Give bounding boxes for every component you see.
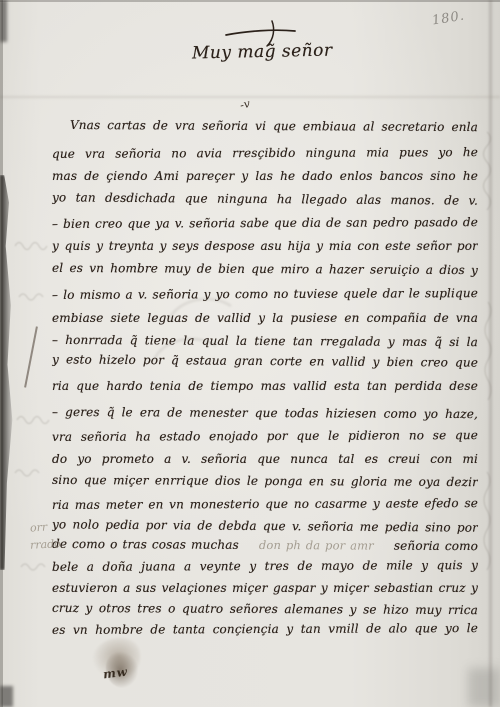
bleed-through-mark — [16, 412, 50, 426]
bleed-through-mark — [14, 466, 44, 478]
manuscript-line: y quis y treynta y seys despose asu hija… — [52, 237, 478, 258]
bleed-through-mark — [479, 470, 495, 580]
scan-corner-shadow — [468, 668, 500, 707]
manuscript-line: y esto hizelo por q̃ estaua gran corte e… — [52, 350, 478, 374]
line-ink-right: señoria como — [394, 537, 478, 558]
manuscript-line: – geres q̃ le era de menester que todas … — [52, 403, 478, 426]
manuscript-line: el es vn hombre muy de bien que miro a h… — [52, 259, 478, 282]
letter-salutation: Muy mag̃ señor — [192, 41, 333, 64]
faded-pencil-insert: don ph da por amr — [259, 536, 374, 558]
bleed-through-mark — [20, 560, 48, 572]
bleed-through-mark — [18, 290, 48, 302]
manuscript-line: do yo prometo a v. señoria que nunca tal… — [52, 450, 478, 471]
manuscript-line: Vnas cartas de vra señoria vi que embiau… — [52, 116, 478, 139]
folio-number: 180. — [431, 9, 466, 29]
manuscript-line: bele a doña juana a veynte y tres de may… — [52, 556, 478, 579]
bleed-through-flourish — [150, 336, 220, 366]
scan-edge-left — [0, 0, 3, 707]
manuscript-line: sino que miçer enrrique dios le ponga en… — [52, 471, 478, 494]
opening-flourish-mark: -v — [239, 97, 251, 112]
manuscript-line: estuvieron a sus velaçiones miçer gaspar… — [52, 579, 478, 600]
manuscript-line-with-insert: de como o tras cosas muchas don ph da po… — [52, 535, 478, 558]
paper-fold-line — [0, 96, 500, 98]
manuscript-line: mas de çiendo Ami pareçer y las he dado … — [52, 167, 478, 188]
line-ink-left: de como o tras cosas muchas — [52, 535, 239, 557]
manuscript-line: vra señoria ha estado enojado por que le… — [52, 426, 478, 449]
manuscript-line: – bien creo que ya v. señoria sabe que d… — [52, 213, 478, 236]
scan-corner-shadow — [0, 686, 13, 707]
bleed-through-flourish — [165, 296, 235, 326]
scan-corner-shadow — [0, 0, 7, 42]
manuscript-line: embiase siete leguas de vallid y la pusi… — [52, 309, 478, 330]
manuscript-line: ria que hardo tenia de tiempo mas vallid… — [52, 377, 478, 398]
manuscript-line: ria mas meter en vn monesterio que no ca… — [52, 494, 478, 517]
bleed-through-mark — [478, 130, 496, 220]
faded-margin-word: orr — [30, 520, 48, 534]
manuscript-line: – lo mismo a v. señoria y yo como no tuv… — [52, 284, 478, 307]
manuscript-scan-page: Muy mag̃ señor 180. -v Vnas cartas de vr… — [0, 0, 500, 707]
bleed-through-mark — [480, 300, 496, 410]
manuscript-line: que vra señoria no avia rresçibido ningu… — [52, 143, 478, 166]
scan-edge-top — [0, 0, 500, 2]
manuscript-line: yo tan desdichada que ninguna ha llegado… — [52, 188, 478, 212]
bleed-through-mark — [14, 238, 48, 252]
faded-margin-word: rrado — [30, 537, 61, 552]
margin-pen-stroke — [24, 326, 37, 387]
